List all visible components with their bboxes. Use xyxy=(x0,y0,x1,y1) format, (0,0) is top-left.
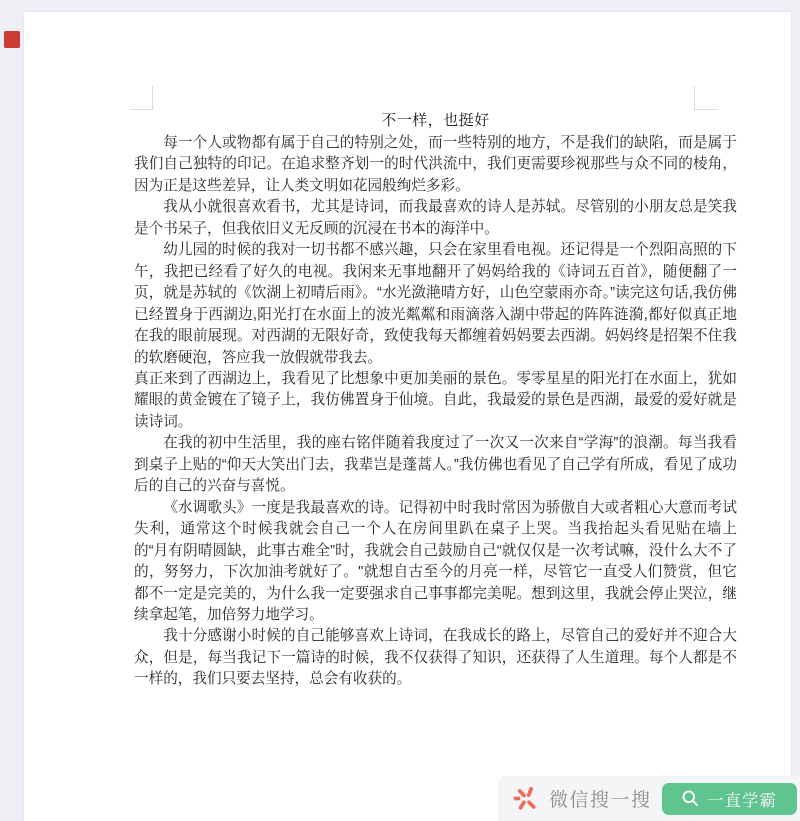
wechat-search-watermark: 微信搜一搜 一直学霸 xyxy=(498,776,800,821)
essay-paragraph: 我从小就很喜欢看书，尤其是诗词，而我最喜欢的诗人是苏轼。尽管别的小朋友总是笑我是… xyxy=(134,197,737,240)
essay-paragraph: 在我的初中生活里，我的座右铭伴随着我度过了一次又一次来自“学海”的浪潮。每当我看… xyxy=(134,433,737,497)
text-boundary-mark-left xyxy=(130,86,153,110)
essay-paragraph: 《水调歌头》一度是我最喜欢的诗。记得初中时我时常因为骄傲自大或者粗心大意而考试失… xyxy=(134,498,737,627)
magnifier-icon xyxy=(681,789,700,808)
essay-paragraph: 真正来到了西湖边上，我看见了比想象中更加美丽的景色。零零星星的阳光打在水面上，犹… xyxy=(134,369,737,433)
document-page: 不一样，也挺好 每一个人或物都有属于自己的特别之处，而一些特别的地方，不是我们的… xyxy=(24,12,791,821)
wechat-search-brand-label: 微信搜一搜 xyxy=(549,785,652,812)
essay-body: 不一样，也挺好 每一个人或物都有属于自己的特别之处，而一些特别的地方，不是我们的… xyxy=(134,110,737,691)
essay-paragraph: 我十分感谢小时候的自己能够喜欢上诗词，在我成长的路上，尽管自己的爱好并不迎合大众… xyxy=(134,626,737,690)
essay-paragraph: 幼儿园的时候的我对一切书都不感兴趣，只会在家里看电视。还记得是一个烈阳高照的下午… xyxy=(134,240,737,369)
wechat-search-asterisk-icon xyxy=(513,785,540,812)
red-marker xyxy=(4,31,20,48)
essay-paragraph: 每一个人或物都有属于自己的特别之处，而一些特别的地方，不是我们的缺陷，而是属于我… xyxy=(134,133,737,197)
page-title: 不一样，也挺好 xyxy=(134,110,737,131)
search-keyword-button[interactable]: 一直学霸 xyxy=(662,783,797,815)
search-keyword-label: 一直学霸 xyxy=(707,787,777,811)
text-boundary-mark-right xyxy=(694,86,718,110)
